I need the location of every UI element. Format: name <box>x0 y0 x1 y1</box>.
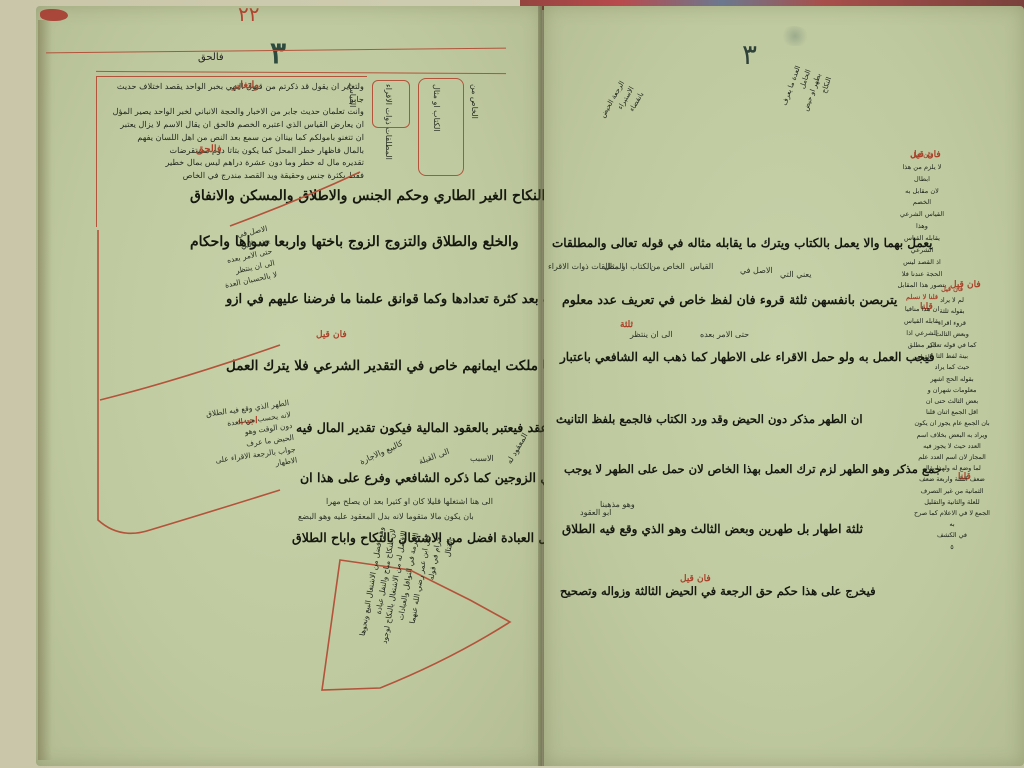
main-text-line: يتربصن بانفسهن ثلثة قروء فان لفظ خاص في … <box>562 292 897 307</box>
bubble-line: بقوله الحج اشهر <box>912 374 992 385</box>
bubble-line: القياس الشرعي وهذا <box>896 209 948 233</box>
interlinear-gloss: الى ان ينتظر <box>630 330 673 339</box>
bubble-line: حيث كما يراد <box>912 362 992 373</box>
main-text-line: فيخرج على هذا حكم حق الرجعة في الحيض الث… <box>560 584 876 598</box>
bubble-line: قروء اقراء <box>912 318 992 329</box>
bubble-line: معلومات شهران و <box>912 385 992 396</box>
interlinear-gloss: يعني التي <box>780 270 811 279</box>
main-text-line: يعمل بهما والا يعمل بالكتاب ويترك ما يقا… <box>552 236 932 250</box>
bubble-line: الثمانية من غير التصرف <box>912 486 992 497</box>
main-text-line: ثلثة اطهار بل طهرين وبعض الثالث وهو الذي… <box>562 522 863 536</box>
bubble-line: لما وضع له ولهذا يقال <box>912 463 992 474</box>
bubble-line: فان قيل <box>912 284 992 295</box>
bubble-line: للعلة والثانية والتقليل <box>912 497 992 508</box>
faded-stamp <box>780 26 810 46</box>
main-text-line: فيجب العمل به ولو حمل الاقراء على الاطها… <box>560 350 935 364</box>
bubble-line: ضعف الثلثة واربعة ضعف <box>912 474 992 485</box>
bubble-line: لان مقابل به الخصم <box>896 186 948 210</box>
bubble-line: يقابله القياس الشرعي <box>896 233 948 257</box>
bubble-line: بعض الثالث حتى ان <box>912 396 992 407</box>
rubric-marker: ثلثة <box>620 320 633 330</box>
bubble-line: العدد حيث لا يجوز فيه <box>912 441 992 452</box>
bubble-line: ٥ <box>912 542 992 553</box>
bubble-line: ويراد به البعض بخلاف اسم <box>912 430 992 441</box>
bubble-line: الحجة عندنا فلا <box>896 269 948 281</box>
bubble-line: المجاز لان اسم العدد علم <box>912 452 992 463</box>
interlinear-gloss: الخاص من <box>650 262 685 271</box>
bubble-line: فان قيل <box>896 150 948 162</box>
main-text-line: ان الطهر مذكر دون الحيض وقد ورد الكتاب ف… <box>556 412 863 426</box>
bubble-line: لا يلزم من هذا ابطال <box>896 162 948 186</box>
bubble-line: لم لا يراد <box>912 295 992 306</box>
right-margin-bubble-lower: فان قيل لم لا يراد بقوله ثلثة قروء اقراء… <box>912 284 992 553</box>
bubble-line: كما في قوله تعالى <box>912 340 992 351</box>
bubble-line: بينة لفظ الثا <box>912 351 992 362</box>
bubble-line: وبعض الثالث <box>912 329 992 340</box>
rubric-marker: فان قيل <box>680 574 711 584</box>
main-text-line: جمع مذكر وهو الطهر لزم ترك العمل بهذا ال… <box>564 462 942 476</box>
interlinear-gloss: الاصل في <box>740 266 773 275</box>
interlinear-gloss: حتى الامر بعده <box>700 330 749 339</box>
interlinear-gloss: الكتاب او مثال <box>604 262 652 271</box>
bubble-line: اذ القصد ليس <box>896 257 948 269</box>
interlinear-gloss: ابو العقود <box>580 508 611 517</box>
bubble-line: بان الجمع عام يجوز ان يكون <box>912 418 992 429</box>
bubble-line: اقل الجمع اثنان قلنا <box>912 407 992 418</box>
folio-number-ink: ٣ <box>742 38 757 71</box>
bubble-line: بقوله ثلثة <box>912 306 992 317</box>
interlinear-gloss: القياس <box>690 262 713 271</box>
bubble-line: في الكشف <box>912 530 992 541</box>
bubble-line: الجمع لا في الاعلام كما صرح به <box>912 508 992 530</box>
